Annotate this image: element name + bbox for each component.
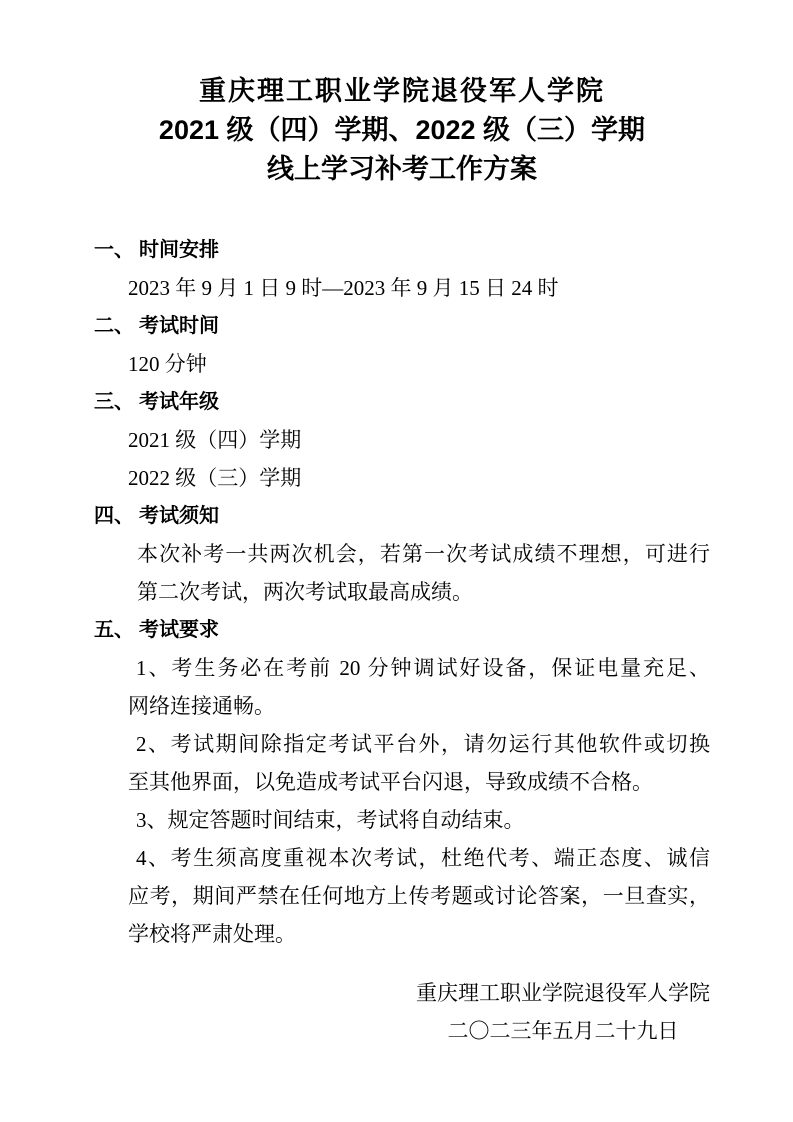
item-3-line-1: 3、规定答题时间结束，考试将自动结束。 xyxy=(128,801,710,839)
item-4-line-2: 应考，期间严禁在任何地方上传考题或讨论答案，一旦查实， xyxy=(128,877,710,915)
item-2-line-2: 至其他界面，以免造成考试平台闪退，导致成绩不合格。 xyxy=(128,763,710,801)
signature-date: 二〇二三年五月二十九日 xyxy=(416,1012,710,1050)
section-5: 五、考试要求 1、考生务必在考前 20 分钟调试好设备，保证电量充足、 网络连接… xyxy=(94,611,710,953)
section-4-number: 四、 xyxy=(94,505,134,527)
section-4-text-line-1: 本次补考一共两次机会，若第一次考试成绩不理想，可进行 xyxy=(137,535,710,573)
section-5-number: 五、 xyxy=(94,619,134,641)
section-2: 二、考试时间 120 分钟 xyxy=(94,307,710,383)
section-5-item-2: 2、考试期间除指定考试平台外，请勿运行其他软件或切换 至其他界面，以免造成考试平… xyxy=(94,725,710,801)
item-4-line-1: 4、考生须高度重视本次考试，杜绝代考、端正态度、诚信 xyxy=(128,839,710,877)
section-3-heading-label: 考试年级 xyxy=(139,391,219,413)
section-5-item-1: 1、考生务必在考前 20 分钟调试好设备，保证电量充足、 网络连接通畅。 xyxy=(94,649,710,725)
document-title-line-1: 重庆理工职业学院退役军人学院 xyxy=(94,72,710,111)
item-1-line-2: 网络连接通畅。 xyxy=(128,687,710,725)
item-1-line-1: 1、考生务必在考前 20 分钟调试好设备，保证电量充足、 xyxy=(128,649,710,687)
section-5-item-3: 3、规定答题时间结束，考试将自动结束。 xyxy=(94,801,710,839)
section-3-text-grade-2: 2022 级（三）学期 xyxy=(128,459,710,497)
section-2-heading: 二、考试时间 xyxy=(94,307,710,345)
section-1: 一、时间安排 2023 年 9 月 1 日 9 时—2023 年 9 月 15 … xyxy=(94,231,710,307)
section-1-text-exam-window: 2023 年 9 月 1 日 9 时—2023 年 9 月 15 日 24 时 xyxy=(128,269,710,307)
section-2-number: 二、 xyxy=(94,315,134,337)
section-1-heading-label: 时间安排 xyxy=(139,239,219,261)
section-3-text-grade-1: 2021 级（四）学期 xyxy=(128,421,710,459)
section-4-text-line-2: 第二次考试，两次考试取最高成绩。 xyxy=(137,573,710,611)
section-1-heading: 一、时间安排 xyxy=(94,231,710,269)
section-4-heading-label: 考试须知 xyxy=(139,505,219,527)
section-2-text-duration: 120 分钟 xyxy=(128,345,710,383)
section-5-heading-label: 考试要求 xyxy=(139,619,219,641)
item-2-line-1: 2、考试期间除指定考试平台外，请勿运行其他软件或切换 xyxy=(128,725,710,763)
section-5-heading: 五、考试要求 xyxy=(94,611,710,649)
section-2-heading-label: 考试时间 xyxy=(139,315,219,337)
section-3-heading: 三、考试年级 xyxy=(94,383,710,421)
signature-inner: 重庆理工职业学院退役军人学院 二〇二三年五月二十九日 xyxy=(416,974,710,1050)
document-title-line-2: 2021 级（四）学期、2022 级（三）学期 xyxy=(94,111,710,150)
section-3-number: 三、 xyxy=(94,391,134,413)
document-title: 重庆理工职业学院退役军人学院 2021 级（四）学期、2022 级（三）学期 线… xyxy=(94,72,710,189)
section-4: 四、考试须知 本次补考一共两次机会，若第一次考试成绩不理想，可进行 第二次考试，… xyxy=(94,497,710,611)
document-title-line-3: 线上学习补考工作方案 xyxy=(94,150,710,189)
document-body: 一、时间安排 2023 年 9 月 1 日 9 时—2023 年 9 月 15 … xyxy=(94,231,710,953)
section-5-item-4: 4、考生须高度重视本次考试，杜绝代考、端正态度、诚信 应考，期间严禁在任何地方上… xyxy=(94,839,710,953)
section-3: 三、考试年级 2021 级（四）学期 2022 级（三）学期 xyxy=(94,383,710,497)
document-page: 重庆理工职业学院退役军人学院 2021 级（四）学期、2022 级（三）学期 线… xyxy=(0,0,793,1122)
signature-organization: 重庆理工职业学院退役军人学院 xyxy=(416,974,710,1012)
item-4-line-3: 学校将严肃处理。 xyxy=(128,915,710,953)
section-1-number: 一、 xyxy=(94,239,134,261)
section-4-heading: 四、考试须知 xyxy=(94,497,710,535)
signature-block: 重庆理工职业学院退役军人学院 二〇二三年五月二十九日 xyxy=(94,974,710,1050)
